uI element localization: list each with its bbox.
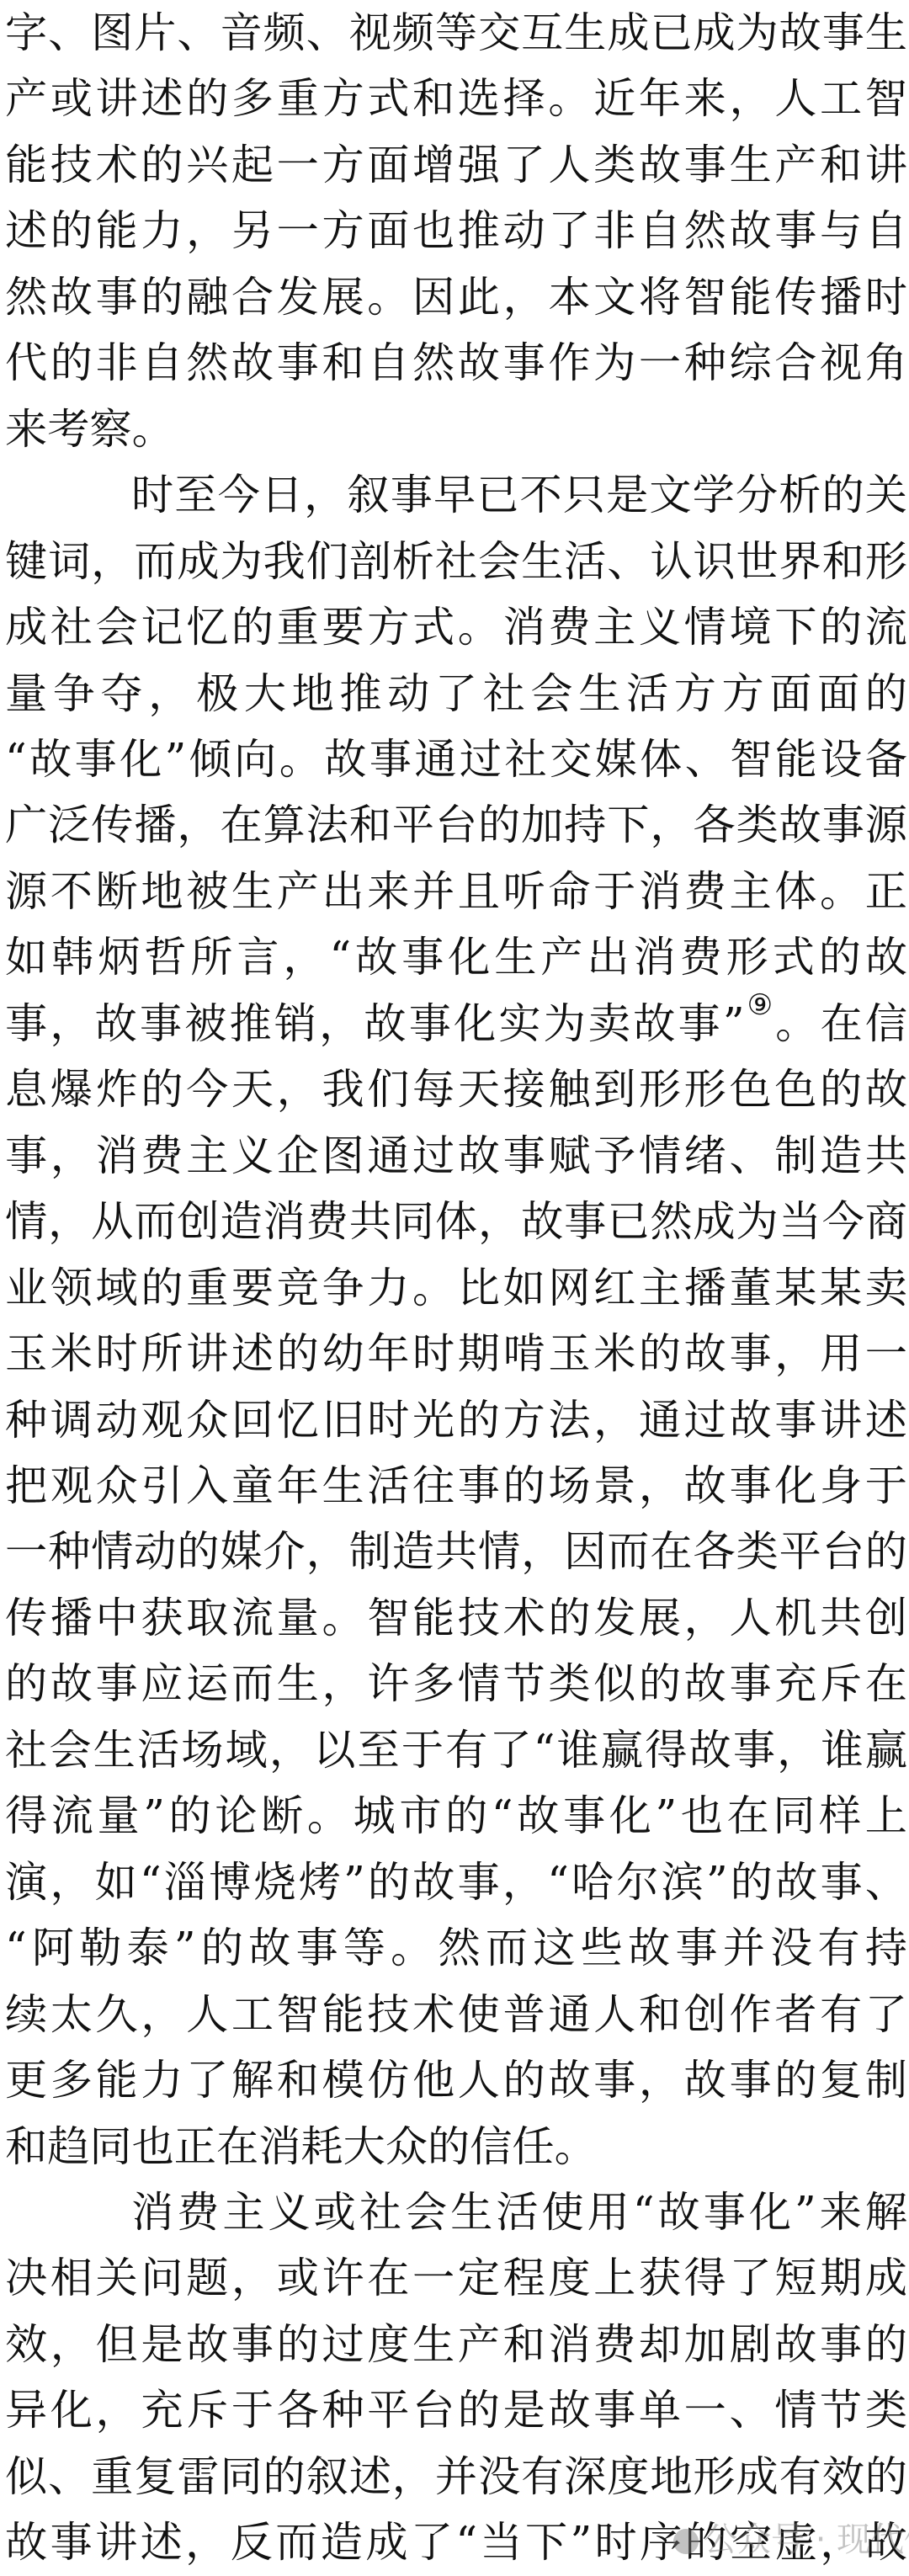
text-line: 然故事的融合发展。因此，本文将智能传播时	[5, 264, 907, 330]
text-line: 广泛传播，在算法和平台的加持下，各类故事源	[5, 792, 907, 858]
text-line: 消费主义或社会生活使用“故事化”来解	[5, 2179, 907, 2245]
line-text: 事，故事被推销，故事化实为卖故事”	[5, 998, 745, 1048]
text-line: “阿勒泰”的故事等。然而这些故事并没有持	[5, 1915, 907, 1981]
text-line: 事，故事被推销，故事化实为卖故事”⑨。在信	[5, 991, 907, 1056]
footnote-marker[interactable]: ⑨	[745, 991, 776, 1022]
text-line: 社会生活场域，以至于有了“谁赢得故事，谁赢	[5, 1717, 907, 1783]
text-line: 业领域的重要竞争力。比如网红主播董某某卖	[5, 1255, 907, 1321]
text-line: “故事化”倾向。故事通过社交媒体、智能设备	[5, 726, 907, 792]
text-line: 似、重复雷同的叙述，并没有深度地形成有效的	[5, 2444, 907, 2509]
text-line: 能技术的兴起一方面增强了人类故事生产和讲	[5, 132, 907, 198]
text-line: 故事讲述，反而造成了“当下”时序的空虚，故	[5, 2509, 907, 2575]
text-line: 键词，而成为我们剖析社会生活、认识世界和形	[5, 529, 907, 594]
line-text-after: 。在信	[775, 998, 907, 1048]
text-line: 事，消费主义企图通过故事赋予情绪、制造共	[5, 1123, 907, 1189]
text-line: 息爆炸的今天，我们每天接触到形形色色的故	[5, 1056, 907, 1122]
text-line: 得流量”的论断。城市的“故事化”也在同样上	[5, 1783, 907, 1849]
text-line: 情，从而创造消费共同体，故事已然成为当今商	[5, 1189, 907, 1254]
text-line: 时至今日，叙事早已不只是文学分析的关	[5, 462, 907, 528]
text-line: 和趋同也正在消耗大众的信任。	[5, 2114, 907, 2179]
text-line: 决相关问题，或许在一定程度上获得了短期成	[5, 2245, 907, 2311]
text-line: 源不断地被生产出来并且听命于消费主体。正	[5, 859, 907, 924]
article-page: 字、图片、音频、视频等交互生成已成为故事生产或讲述的多重方式和选择。近年来，人工…	[0, 0, 909, 2576]
text-line: 代的非自然故事和自然故事作为一种综合视角	[5, 330, 907, 396]
text-line: 演，如“淄博烧烤”的故事，“哈尔滨”的故事、	[5, 1850, 907, 1915]
text-line: 更多能力了解和模仿他人的故事，故事的复制	[5, 2047, 907, 2113]
text-line: 述的能力，另一方面也推动了非自然故事与自	[5, 198, 907, 263]
text-line: 如韩炳哲所言，“故事化生产出消费形式的故	[5, 924, 907, 990]
text-line: 量争夺，极大地推动了社会生活方方面面的	[5, 661, 907, 726]
text-line: 把观众引入童年生活往事的场景，故事化身于	[5, 1453, 907, 1519]
text-line: 成社会记忆的重要方式。消费主义情境下的流	[5, 594, 907, 660]
text-line: 的故事应运而生，许多情节类似的故事充斥在	[5, 1651, 907, 1716]
text-line: 一种情动的媒介，制造共情，因而在各类平台的	[5, 1519, 907, 1584]
text-line: 续太久，人工智能技术使普通人和创作者有了	[5, 1982, 907, 2047]
text-line: 效，但是故事的过度生产和消费却加剧故事的	[5, 2312, 907, 2377]
text-line: 产或讲述的多重方式和选择。近年来，人工智	[5, 66, 907, 131]
text-line: 字、图片、音频、视频等交互生成已成为故事生	[5, 0, 907, 66]
text-line: 来考察。	[5, 397, 907, 462]
text-line: 玉米时所讲述的幼年时期啃玉米的故事，用一	[5, 1321, 907, 1386]
text-line: 传播中获取流量。智能技术的发展，人机共创	[5, 1585, 907, 1651]
text-line: 种调动观众回忆旧时光的方法，通过故事讲述	[5, 1387, 907, 1453]
text-line: 异化，充斥于各种平台的是故事单一、情节类	[5, 2377, 907, 2443]
